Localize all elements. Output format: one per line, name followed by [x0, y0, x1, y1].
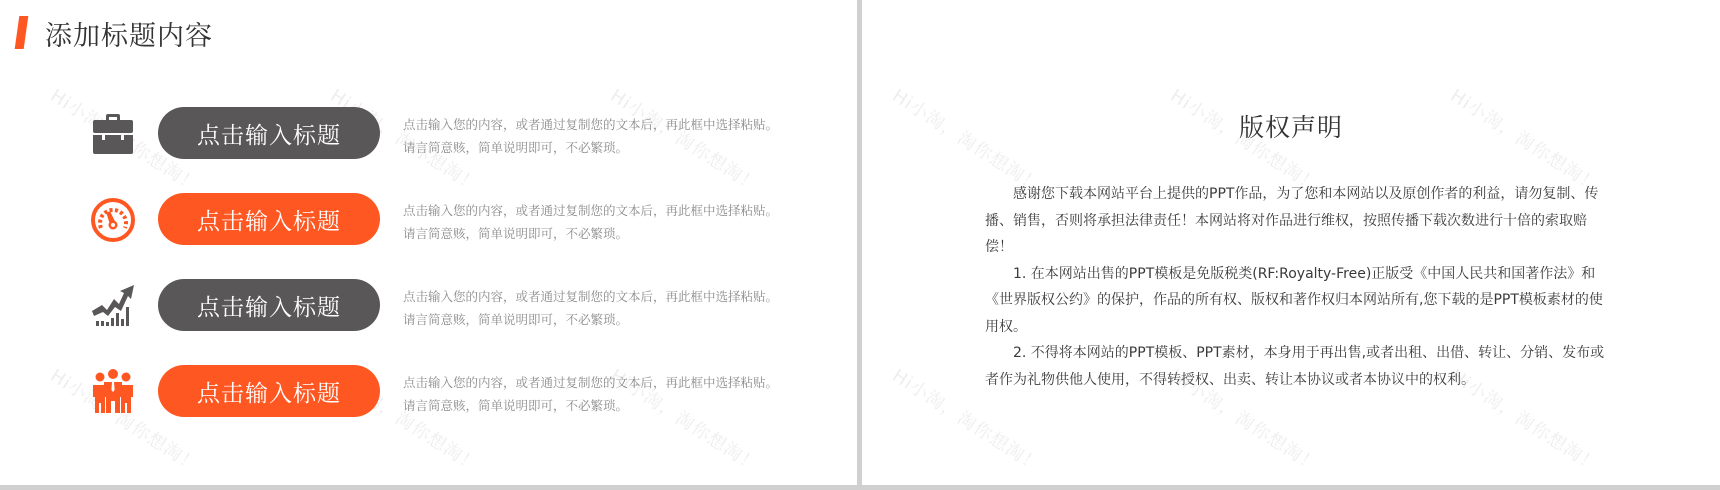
briefcase-icon	[90, 111, 136, 157]
row-description[interactable]: 点击输入您的内容，或者通过复制您的文本后，再此框中选择粘贴。 请言简意赅，简单说…	[403, 285, 803, 331]
bottom-border	[0, 485, 1720, 490]
row-description[interactable]: 点击输入您的内容，或者通过复制您的文本后，再此框中选择粘贴。 请言简意赅，简单说…	[403, 199, 803, 245]
title-pill-button[interactable]: 点击输入标题	[158, 279, 380, 331]
copyright-paragraph: 2. 不得将本网站的PPT模板、PPT素材，本身用于再出售,或者出租、出借、转让…	[985, 340, 1605, 393]
description-line: 点击输入您的内容，或者通过复制您的文本后，再此框中选择粘贴。	[403, 371, 803, 394]
description-line: 请言简意赅，简单说明即可，不必繁琐。	[403, 136, 803, 159]
description-line: 点击输入您的内容，或者通过复制您的文本后，再此框中选择粘贴。	[403, 285, 803, 308]
description-line: 点击输入您的内容，或者通过复制您的文本后，再此框中选择粘贴。	[403, 199, 803, 222]
slide-content[interactable]: Hi小淘，淘你想淘！ Hi小淘，淘你想淘！ Hi小淘，淘你想淘！ Hi小淘，淘你…	[0, 0, 857, 485]
list-item: 点击输入标题 点击输入您的内容，或者通过复制您的文本后，再此框中选择粘贴。 请言…	[0, 107, 857, 159]
list-item: 点击输入标题 点击输入您的内容，或者通过复制您的文本后，再此框中选择粘贴。 请言…	[0, 365, 857, 417]
copyright-paragraph: 感谢您下载本网站平台上提供的PPT作品，为了您和本网站以及原创作者的利益，请勿复…	[985, 181, 1605, 261]
title-pill-button[interactable]: 点击输入标题	[158, 365, 380, 417]
description-line: 请言简意赅，简单说明即可，不必繁琐。	[403, 308, 803, 331]
slide-copyright[interactable]: Hi小淘，淘你想淘！ Hi小淘，淘你想淘！ Hi小淘，淘你想淘！ Hi小淘，淘你…	[862, 0, 1720, 485]
growth-chart-icon	[90, 283, 136, 329]
team-icon	[90, 369, 136, 415]
page-title[interactable]: 添加标题内容	[45, 14, 213, 53]
row-description[interactable]: 点击输入您的内容，或者通过复制您的文本后，再此框中选择粘贴。 请言简意赅，简单说…	[403, 371, 803, 417]
speedometer-icon	[90, 197, 136, 243]
description-line: 请言简意赅，简单说明即可，不必繁琐。	[403, 222, 803, 245]
title-pill-button[interactable]: 点击输入标题	[158, 107, 380, 159]
list-item: 点击输入标题 点击输入您的内容，或者通过复制您的文本后，再此框中选择粘贴。 请言…	[0, 193, 857, 245]
copyright-paragraph: 1. 在本网站出售的PPT模板是免版税类(RF:Royalty-Free)正版受…	[985, 261, 1605, 341]
title-accent-bar	[15, 16, 29, 49]
description-line: 点击输入您的内容，或者通过复制您的文本后，再此框中选择粘贴。	[403, 113, 803, 136]
copyright-body[interactable]: 感谢您下载本网站平台上提供的PPT作品，为了您和本网站以及原创作者的利益，请勿复…	[985, 181, 1605, 393]
description-line: 请言简意赅，简单说明即可，不必繁琐。	[403, 394, 803, 417]
title-pill-button[interactable]: 点击输入标题	[158, 193, 380, 245]
list-item: 点击输入标题 点击输入您的内容，或者通过复制您的文本后，再此框中选择粘贴。 请言…	[0, 279, 857, 331]
row-description[interactable]: 点击输入您的内容，或者通过复制您的文本后，再此框中选择粘贴。 请言简意赅，简单说…	[403, 113, 803, 159]
copyright-title[interactable]: 版权声明	[862, 108, 1720, 144]
